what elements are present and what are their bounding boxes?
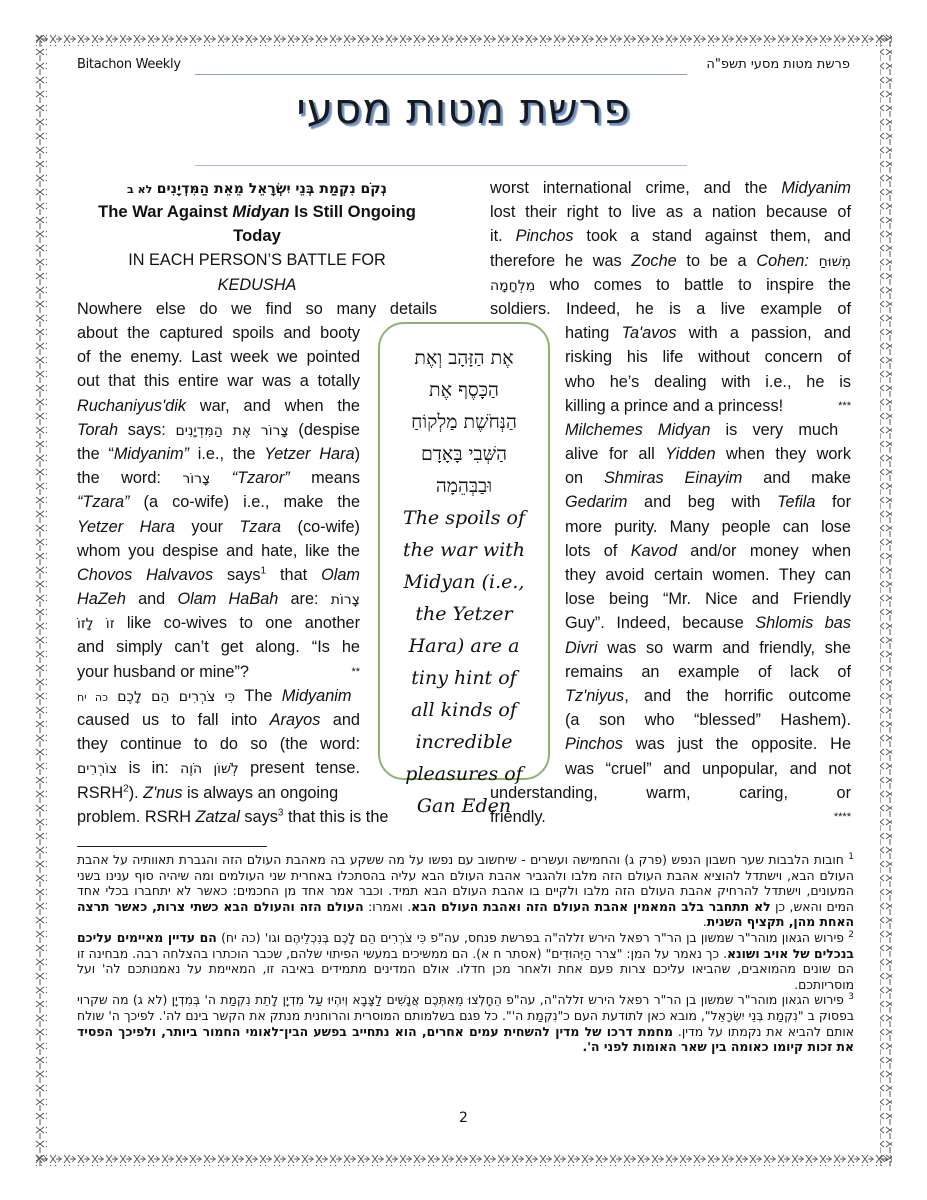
title-rule bbox=[195, 165, 687, 166]
page-title: פרשת מטות מסעי bbox=[0, 84, 927, 133]
footnote-2: 2 פירוש הגאון מוהר"ר שמשון בן הר"ר רפאל … bbox=[77, 930, 854, 992]
wrapped-text: about the captured spoils and booty of t… bbox=[77, 321, 360, 781]
heading-hebrew-verse: נְקֹם נִקְמַת בְּנֵי יִשְׂרָאֵל מֵאֵת הַ… bbox=[77, 176, 437, 200]
footnotes: 1 חובות הלבבות שער חשבון הנפש (פרק ג) וה… bbox=[77, 852, 854, 1055]
wrapped-text: hating Ta'avos with a passion, and riski… bbox=[565, 321, 851, 781]
footnote-separator bbox=[77, 846, 267, 847]
footnote-1: 1 חובות הלבבות שער חשבון הנפש (פרק ג) וה… bbox=[77, 852, 854, 930]
section-divider-stars: **** bbox=[834, 805, 851, 829]
article-heading: The War Against Midyan Is Still Ongoing … bbox=[77, 200, 437, 248]
header-rule bbox=[195, 74, 687, 75]
pull-quote-hebrew: אֶת הַזָּהָב וְאֶת הַכָּסֶף אֶת הַנְּחֹש… bbox=[380, 342, 548, 502]
header-parsha-name: פרשת מטות מסעי תשפ"ה bbox=[706, 57, 850, 72]
header-publication-name: Bitachon Weekly bbox=[77, 57, 181, 72]
verse-source: לא ב bbox=[127, 183, 152, 196]
footnote-3: 3 פירוש הגאון מוהר"ר שמשון בן הר"ר רפאל … bbox=[77, 992, 854, 1054]
section-divider-stars: *** bbox=[838, 394, 851, 418]
article-subheading: IN EACH PERSON’S BATTLE FOR KEDUSHA bbox=[77, 248, 437, 296]
section-divider-stars: ** bbox=[351, 660, 360, 684]
page-number: 2 bbox=[0, 1110, 927, 1126]
pull-quote-box: אֶת הַזָּהָב וְאֶת הַכָּסֶף אֶת הַנְּחֹש… bbox=[378, 322, 550, 780]
pull-quote-english: The spoils of the war with Midyan (i.e.,… bbox=[380, 502, 548, 822]
body-line: Nowhere else do we find so many details bbox=[77, 297, 437, 321]
